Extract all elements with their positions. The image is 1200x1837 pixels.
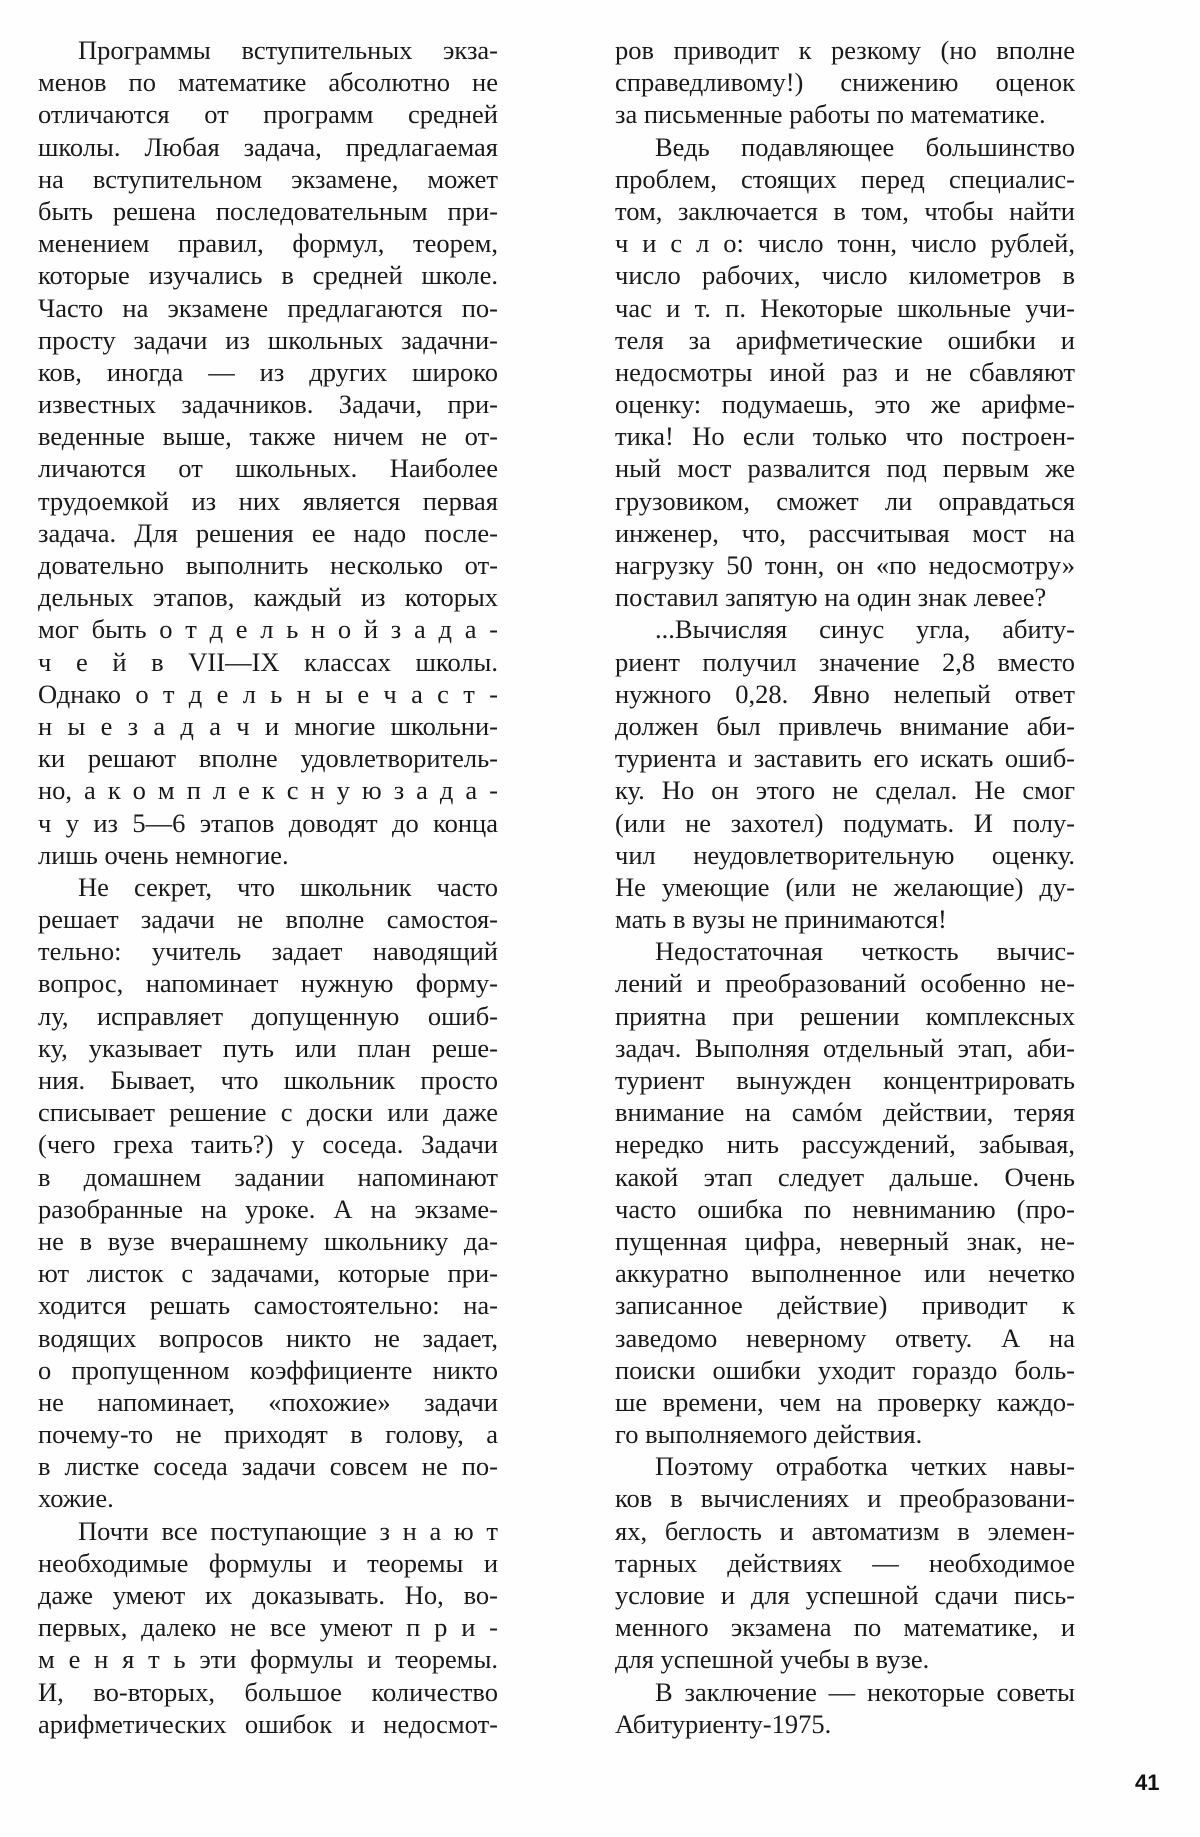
- text-line: чил неудовлетворительную оценку.: [615, 839, 1075, 871]
- text-line: ный мост развалится под первым же: [615, 452, 1075, 484]
- text-line: ч е й в VII—IX классах школы.: [38, 646, 498, 678]
- paragraph: Недостаточная четкость вычис-лений и пре…: [615, 935, 1075, 1450]
- text-line: Не умеющие (или не желающие) ду-: [615, 871, 1075, 903]
- paragraph: Ведь подавляющее большинствопроблем, сто…: [615, 131, 1075, 614]
- text-line: арифметических ошибок и недосмот-: [38, 1708, 498, 1740]
- text-line: но, а к о м п л е к с н у ю з а д а -: [38, 774, 498, 806]
- text-line: даже умеют их доказывать. Но, во-: [38, 1579, 498, 1611]
- text-line: Однако о т д е л ь н ы е ч а с т -: [38, 678, 498, 710]
- text-line: Поэтому отработка четких навы-: [615, 1450, 1075, 1482]
- text-line: приятна при решении комплексных: [615, 1000, 1075, 1032]
- text-line: трудоемкой из них является первая: [38, 485, 498, 517]
- text-line: (или не захотел) подумать. И полу-: [615, 807, 1075, 839]
- text-line: для успешной учебы в вузе.: [615, 1643, 1075, 1675]
- text-line: в листке соседа задачи совсем не по-: [38, 1450, 498, 1482]
- text-line: известных задачников. Задачи, при-: [38, 388, 498, 420]
- text-line: менением правил, формул, теорем,: [38, 227, 498, 259]
- text-line: дельных этапов, каждый из которых: [38, 581, 498, 613]
- text-line: ки решают вполне удовлетворитель-: [38, 742, 498, 774]
- text-line: хожие.: [38, 1482, 498, 1514]
- text-line: поиски ошибки уходит гораздо боль-: [615, 1354, 1075, 1386]
- text-line: не в вузе вчерашнему школьнику да-: [38, 1225, 498, 1257]
- text-line: мать в вузы не принимаются!: [615, 903, 1075, 935]
- text-line: какой этап следует дальше. Очень: [615, 1161, 1075, 1193]
- text-line: Программы вступительных экза-: [38, 34, 498, 66]
- text-line: в домашнем задании напоминают: [38, 1161, 498, 1193]
- text-line: отличаются от программ средней: [38, 98, 498, 130]
- text-line: ют листок с задачами, которые при-: [38, 1257, 498, 1289]
- text-line: ходится решать самостоятельно: на-: [38, 1289, 498, 1321]
- text-line: условие и для успешной сдачи пись-: [615, 1579, 1075, 1611]
- text-line: проблем, стоящих перед специалис-: [615, 163, 1075, 195]
- text-line: том, заключается в том, чтобы найти: [615, 195, 1075, 227]
- magazine-page: Программы вступительных экза-менов по ма…: [0, 0, 1200, 1837]
- text-line: часто ошибка по невниманию (про-: [615, 1193, 1075, 1225]
- text-line: нужного 0,28. Явно нелепый ответ: [615, 678, 1075, 710]
- text-line: поставил запятую на один знак левее?: [615, 581, 1075, 613]
- text-line: справедливому!) снижению оценок: [615, 66, 1075, 98]
- text-line: менного экзамена по математике, и: [615, 1611, 1075, 1643]
- text-line: Абитуриенту-1975.: [615, 1708, 1075, 1740]
- text-line: ...Вычисляя синус угла, абиту-: [615, 613, 1075, 645]
- text-line: просту задачи из школьных задачни-: [38, 324, 498, 356]
- text-line: первых, далеко не все умеют п р и -: [38, 1611, 498, 1643]
- text-line: ку. Но он этого не сделал. Не смог: [615, 774, 1075, 806]
- text-line: Почти все поступающие з н а ю т: [38, 1515, 498, 1547]
- text-line: ния. Бывает, что школьник просто: [38, 1064, 498, 1096]
- text-line: не напоминает, «похожие» задачи: [38, 1386, 498, 1418]
- text-line: веденные выше, также ничем не от-: [38, 420, 498, 452]
- text-line: ше времени, чем на проверку каждо-: [615, 1386, 1075, 1418]
- text-line: довательно выполнить несколько от-: [38, 549, 498, 581]
- text-line: лишь очень немногие.: [38, 839, 498, 871]
- text-line: нагрузку 50 тонн, он «по недосмотру»: [615, 549, 1075, 581]
- text-line: которые изучались в средней школе.: [38, 259, 498, 291]
- text-line: оценку: подумаешь, это же арифме-: [615, 388, 1075, 420]
- text-line: Не секрет, что школьник часто: [38, 871, 498, 903]
- text-line: недосмотры иной раз и не сбавляют: [615, 356, 1075, 388]
- text-line: го выполняемого действия.: [615, 1418, 1075, 1450]
- text-line: ков, иногда — из других широко: [38, 356, 498, 388]
- text-line: м е н я т ь эти формулы и теоремы.: [38, 1643, 498, 1675]
- text-line: И, во-вторых, большое количество: [38, 1676, 498, 1708]
- text-line: за письменные работы по математике.: [615, 98, 1075, 130]
- text-line: на вступительном экзамене, может: [38, 163, 498, 195]
- page-number: 41: [1135, 1770, 1159, 1796]
- text-line: ков в вычислениях и преобразовани-: [615, 1482, 1075, 1514]
- right-column: ров приводит к резкому (но вполнесправед…: [615, 34, 1075, 1740]
- text-line: пущенная цифра, неверный знак, не-: [615, 1225, 1075, 1257]
- text-line: почему-то не приходят в голову, а: [38, 1418, 498, 1450]
- text-line: число рабочих, число километров в: [615, 259, 1075, 291]
- text-line: ч и с л о: число тонн, число рублей,: [615, 227, 1075, 259]
- text-line: внимание на самóм действии, теряя: [615, 1096, 1075, 1128]
- text-line: о пропущенном коэффициенте никто: [38, 1354, 498, 1386]
- text-line: лений и преобразований особенно не-: [615, 967, 1075, 999]
- paragraph: ...Вычисляя синус угла, абиту-риент полу…: [615, 613, 1075, 935]
- paragraph: В заключение — некоторые советыАбитуриен…: [615, 1676, 1075, 1740]
- text-line: аккуратно выполненное или нечетко: [615, 1257, 1075, 1289]
- text-line: нередко нить рассуждений, забывая,: [615, 1128, 1075, 1160]
- text-line: вопрос, напоминает нужную форму-: [38, 967, 498, 999]
- text-line: Недостаточная четкость вычис-: [615, 935, 1075, 967]
- text-line: туриента и заставить его искать ошиб-: [615, 742, 1075, 774]
- text-line: мог быть о т д е л ь н о й з а д а -: [38, 613, 498, 645]
- paragraph: Не секрет, что школьник часторешает зада…: [38, 871, 498, 1515]
- text-line: ров приводит к резкому (но вполне: [615, 34, 1075, 66]
- text-line: (чего греха таить?) у соседа. Задачи: [38, 1128, 498, 1160]
- text-line: тельно: учитель задает наводящий: [38, 935, 498, 967]
- left-column: Программы вступительных экза-менов по ма…: [38, 34, 498, 1740]
- text-line: туриент вынужден концентрировать: [615, 1064, 1075, 1096]
- text-line: решает задачи не вполне самостоя-: [38, 903, 498, 935]
- paragraph: ров приводит к резкому (но вполнесправед…: [615, 34, 1075, 131]
- text-line: В заключение — некоторые советы: [615, 1676, 1075, 1708]
- paragraph: Почти все поступающие з н а ю тнеобходим…: [38, 1515, 498, 1740]
- text-line: списывает решение с доски или даже: [38, 1096, 498, 1128]
- text-line: час и т. п. Некоторые школьные учи-: [615, 292, 1075, 324]
- text-line: ч у из 5—6 этапов доводят до конца: [38, 807, 498, 839]
- text-line: менов по математике абсолютно не: [38, 66, 498, 98]
- text-line: задача. Для решения ее надо после-: [38, 517, 498, 549]
- text-line: теля за арифметические ошибки и: [615, 324, 1075, 356]
- text-line: водящих вопросов никто не задает,: [38, 1322, 498, 1354]
- text-line: тика! Но если только что построен-: [615, 420, 1075, 452]
- paragraph: Поэтому отработка четких навы-ков в вычи…: [615, 1450, 1075, 1675]
- text-line: Ведь подавляющее большинство: [615, 131, 1075, 163]
- text-line: задач. Выполняя отдельный этап, аби-: [615, 1032, 1075, 1064]
- text-line: тарных действиях — необходимое: [615, 1547, 1075, 1579]
- paragraph: Программы вступительных экза-менов по ма…: [38, 34, 498, 871]
- text-line: лу, исправляет допущенную ошиб-: [38, 1000, 498, 1032]
- text-line: необходимые формулы и теоремы и: [38, 1547, 498, 1579]
- text-line: ях, беглость и автоматизм в элемен-: [615, 1515, 1075, 1547]
- text-line: грузовиком, сможет ли оправдаться: [615, 485, 1075, 517]
- text-line: Часто на экзамене предлагаются по-: [38, 292, 498, 324]
- text-line: заведомо неверному ответу. А на: [615, 1322, 1075, 1354]
- text-line: должен был привлечь внимание аби-: [615, 710, 1075, 742]
- text-line: быть решена последовательным при-: [38, 195, 498, 227]
- text-line: записанное действие) приводит к: [615, 1289, 1075, 1321]
- text-line: школы. Любая задача, предлагаемая: [38, 131, 498, 163]
- text-line: личаются от школьных. Наиболее: [38, 452, 498, 484]
- text-line: инженер, что, рассчитывая мост на: [615, 517, 1075, 549]
- text-line: риент получил значение 2,8 вместо: [615, 646, 1075, 678]
- text-line: ку, указывает путь или план реше-: [38, 1032, 498, 1064]
- text-line: н ы е з а д а ч и многие школьни-: [38, 710, 498, 742]
- text-line: разобранные на уроке. А на экзаме-: [38, 1193, 498, 1225]
